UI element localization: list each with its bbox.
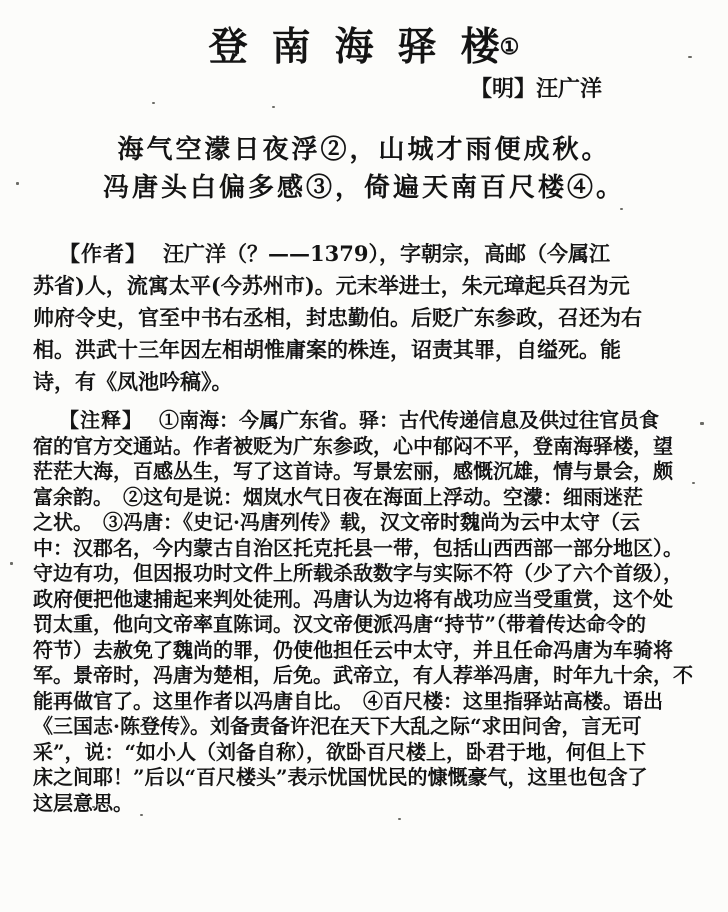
text-line: 《三国志·陈登传》。刘备责备许汜在天下大乱之际“求田问舍，言无可: [33, 714, 695, 740]
text-line: 军。景帝时，冯唐为楚相，后免。武帝立，有人荐举冯唐，时年九十余，不: [33, 663, 695, 689]
scan-speckle: [620, 208, 623, 210]
text-line: 帅府令史，官至中书右丞相，封忠勤伯。后贬广东参政，召还为右: [33, 302, 683, 334]
line-text: 中：汉郡名，今内蒙古自治区托克托县一带，包括山西西部一部分地区）。: [33, 536, 683, 560]
line-text: 海气空濛日夜浮②，山城才雨便成秋。: [117, 135, 610, 165]
line-text: 帅府令史，官至中书右丞相，封忠勤伯。后贬广东参政，召还为右: [33, 305, 642, 330]
notes-section: 【注释】①南海：今属广东省。驿：古代传递信息及供过往官员食宿的官方交通站。作者被…: [33, 408, 695, 816]
line-text: 这层意思。: [33, 791, 133, 815]
line-text: 守边有功，但因报功时文件上所载杀敌数字与实际不符（少了六个首级），: [33, 561, 683, 585]
text-line: 这层意思。: [33, 791, 695, 817]
scanned-book-page: 登南海驿楼① 【明】汪广洋 海气空濛日夜浮②，山城才雨便成秋。冯唐头白偏多感③，…: [0, 0, 728, 912]
line-text: ①南海：今属广东省。驿：古代传递信息及供过往官员食: [159, 408, 659, 432]
scan-speckle: [152, 102, 155, 104]
line-text: 富余韵。 ②这句是说：烟岚水气日夜在海面上浮动。空濛：细雨迷茫: [33, 485, 643, 509]
scan-speckle: [16, 182, 19, 185]
line-text: 罚太重，他向文帝率直陈词。汉文帝便派冯唐“持节”（带着传达命令的: [33, 612, 646, 636]
text-line: 政府便把他逮捕起来判处徒刑。冯唐认为边将有战功应当受重赏，这个处: [33, 587, 695, 613]
line-text: 宿的官方交通站。作者被贬为广东参政，心中郁闷不平，登南海驿楼，望: [33, 434, 673, 458]
text-line: 海气空濛日夜浮②，山城才雨便成秋。: [0, 131, 728, 169]
line-text: 《三国志·陈登传》。刘备责备许汜在天下大乱之际“求田问舍，言无可: [33, 714, 641, 738]
author-section: 【作者】汪广洋（？——1379），字朝宗，高邮（今属江苏省)人，流寓太平(今苏州…: [33, 238, 683, 398]
line-text: 采”，说：“如小人（刘备自称），欲卧百尺楼上，卧君于地，何但上下: [33, 740, 646, 764]
line-text: 能再做官了。这里作者以冯唐自比。 ④百尺楼：这里指驿站高楼。语出: [33, 689, 663, 713]
scan-speckle: [700, 422, 704, 425]
text-line: 富余韵。 ②这句是说：烟岚水气日夜在海面上浮动。空濛：细雨迷茫: [33, 485, 695, 511]
text-line: 诗，有《凤池吟稿》。: [33, 366, 683, 398]
text-line: 宿的官方交通站。作者被贬为广东参政，心中郁闷不平，登南海驿楼，望: [33, 434, 695, 460]
scan-speckle: [10, 562, 13, 565]
line-text: 苏省)人，流寓太平(今苏州市)。元末举进士，朱元璋起兵召为元: [33, 273, 630, 298]
title-note-ref: ①: [500, 34, 520, 60]
line-text: 符节）去赦免了魏尚的罪，仍使他担任云中太守，并且任命冯唐为车骑将: [33, 638, 673, 662]
text-line: 罚太重，他向文帝率直陈词。汉文帝便派冯唐“持节”（带着传达命令的: [33, 612, 695, 638]
text-line: 茫茫大海，百感丛生，写了这首诗。写景宏丽，感慨沉雄，情与景会，颇: [33, 459, 695, 485]
scan-speckle: [398, 818, 401, 820]
text-line: 【作者】汪广洋（？——1379），字朝宗，高邮（今属江: [33, 238, 683, 270]
text-line: 床之间耶！”后以“百尺楼头”表示忧国忧民的慷慨豪气，这里也包含了: [33, 765, 695, 791]
text-line: 相。洪武十三年因左相胡惟庸案的株连，诏责其罪，自缢死。能: [33, 334, 683, 366]
text-line: 之状。 ③冯唐：《史记·冯唐列传》载，汉文帝时魏尚为云中太守（云: [33, 510, 695, 536]
section-label: 【作者】: [59, 241, 147, 266]
scan-speckle: [140, 814, 143, 816]
line-text: 政府便把他逮捕起来判处徒刑。冯唐认为边将有战功应当受重赏，这个处: [33, 587, 673, 611]
poem-byline: 【明】汪广洋: [0, 72, 602, 103]
scan-speckle: [92, 806, 95, 808]
line-text: 军。景帝时，冯唐为楚相，后免。武帝立，有人荐举冯唐，时年九十余，不: [33, 663, 693, 687]
line-text: 冯唐头白偏多感③，倚遍天南百尺楼④。: [103, 173, 625, 203]
scan-speckle: [692, 482, 695, 484]
line-text: 相。洪武十三年因左相胡惟庸案的株连，诏责其罪，自缢死。能: [33, 337, 621, 362]
text-line: 苏省)人，流寓太平(今苏州市)。元末举进士，朱元璋起兵召为元: [33, 270, 683, 302]
text-line: 守边有功，但因报功时文件上所载杀敌数字与实际不符（少了六个首级），: [33, 561, 695, 587]
poem-title: 登南海驿楼: [209, 24, 524, 70]
scan-speckle: [688, 56, 692, 58]
text-line: 冯唐头白偏多感③，倚遍天南百尺楼④。: [0, 169, 728, 207]
line-text: 茫茫大海，百感丛生，写了这首诗。写景宏丽，感慨沉雄，情与景会，颇: [33, 459, 673, 483]
poem-title-row: 登南海驿楼①: [0, 16, 728, 72]
text-line: 采”，说：“如小人（刘备自称），欲卧百尺楼上，卧君于地，何但上下: [33, 740, 695, 766]
section-label: 【注释】: [59, 408, 143, 432]
line-text: 之状。 ③冯唐：《史记·冯唐列传》载，汉文帝时魏尚为云中太守（云: [33, 510, 640, 534]
text-line: 符节）去赦免了魏尚的罪，仍使他担任云中太守，并且任命冯唐为车骑将: [33, 638, 695, 664]
poem-body: 海气空濛日夜浮②，山城才雨便成秋。冯唐头白偏多感③，倚遍天南百尺楼④。: [0, 131, 728, 207]
line-text: 汪广洋（？——1379），字朝宗，高邮（今属江: [163, 241, 610, 266]
scan-speckle: [272, 106, 275, 108]
text-line: 【注释】①南海：今属广东省。驿：古代传递信息及供过往官员食: [33, 408, 695, 434]
text-line: 能再做官了。这里作者以冯唐自比。 ④百尺楼：这里指驿站高楼。语出: [33, 689, 695, 715]
line-text: 床之间耶！”后以“百尺楼头”表示忧国忧民的慷慨豪气，这里也包含了: [33, 765, 648, 789]
line-text: 诗，有《凤池吟稿》。: [33, 369, 233, 394]
text-line: 中：汉郡名，今内蒙古自治区托克托县一带，包括山西西部一部分地区）。: [33, 536, 695, 562]
